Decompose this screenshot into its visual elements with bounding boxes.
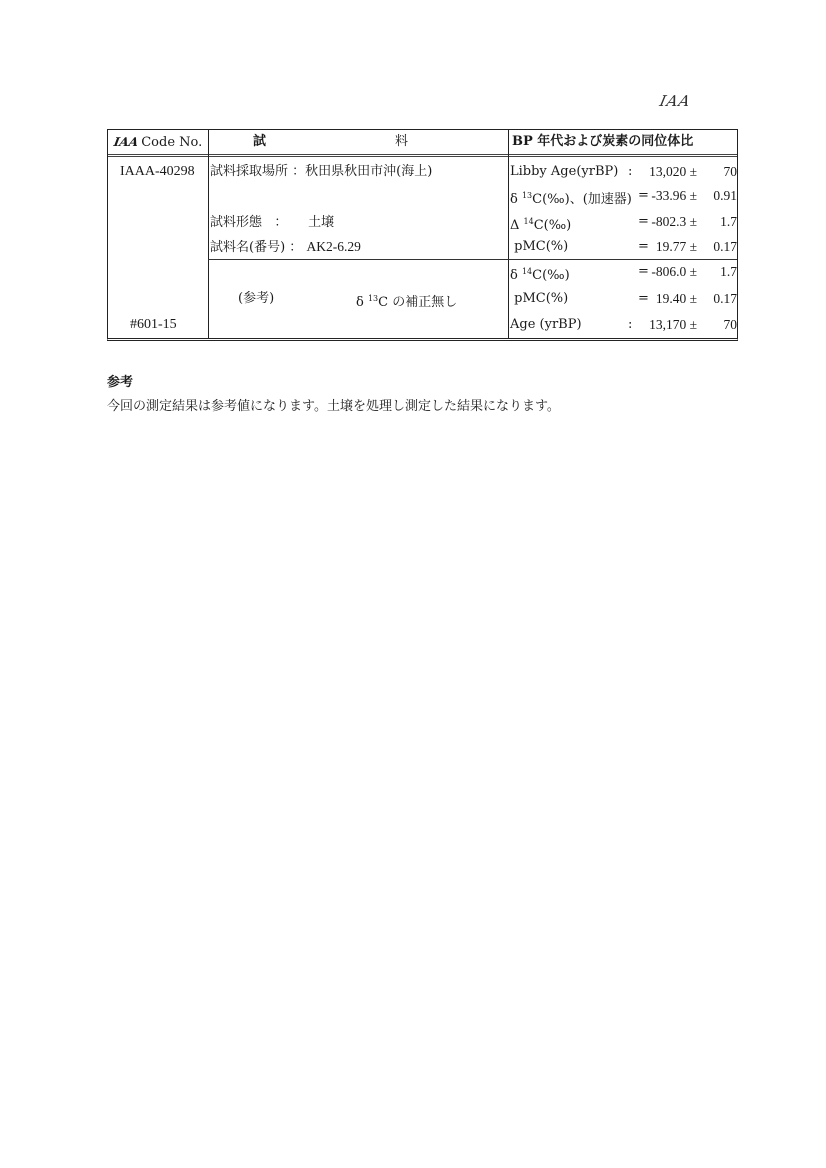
sample-name: 試料名(番号) ： AK2-6.29 (210, 239, 361, 256)
reference-note-label: (参考) (238, 291, 274, 307)
notes-title: 参考 (107, 371, 133, 390)
handwritten-signature: IAA (658, 92, 692, 110)
table-header: IAACode No. 試 料 BP 年代および炭素の同位体比 (108, 130, 737, 157)
header-results: BP 年代および炭素の同位体比 (512, 134, 693, 150)
header-sample-right: 料 (395, 134, 408, 150)
sample-location: 試料採取場所 ：秋田県秋田市沖(海上) (210, 164, 432, 180)
result-row-age: Age (yrBP) : 13,170 ± 70 (510, 317, 737, 333)
result-row-Delta14c: Δ 14C(‰) = -802.3 ± 1.7 (510, 214, 737, 234)
header-code-no: IAACode No. (114, 134, 202, 151)
notes-body: 今回の測定結果は参考値になります。土壌を処理し測定した結果になります。 (107, 395, 560, 414)
result-row-delta13c: δ 13C(‰)、(加速器) = -33.96 ± 0.91 (510, 188, 737, 208)
column-divider-1 (208, 130, 209, 338)
reference-note: δ 13C の補正無し (356, 291, 457, 311)
code-no-value: IAAA-40298 (120, 164, 195, 180)
result-row-pmc: pMC(%) = 19.77 ± 0.17 (510, 239, 737, 255)
results-table: IAACode No. 試 料 BP 年代および炭素の同位体比 IAAA-402… (107, 129, 738, 341)
result-row-delta14c: δ 14C(‰) = -806.0 ± 1.7 (510, 264, 737, 284)
code-no-label: Code No. (141, 135, 202, 150)
iaa-logo: IAA (113, 134, 140, 150)
sample-form: 試料形態 ： 土壌 (210, 215, 334, 231)
header-sample-left: 試 (253, 134, 266, 150)
result-row-libby-age: Libby Age(yrBP) : 13,020 ± 70 (510, 164, 737, 180)
column-divider-2 (508, 130, 509, 338)
result-row-pmc-uncorrected: pMC(%) = 19.40 ± 0.17 (510, 291, 737, 307)
sub-code-value: #601-15 (130, 317, 177, 333)
row-divider (208, 259, 737, 260)
